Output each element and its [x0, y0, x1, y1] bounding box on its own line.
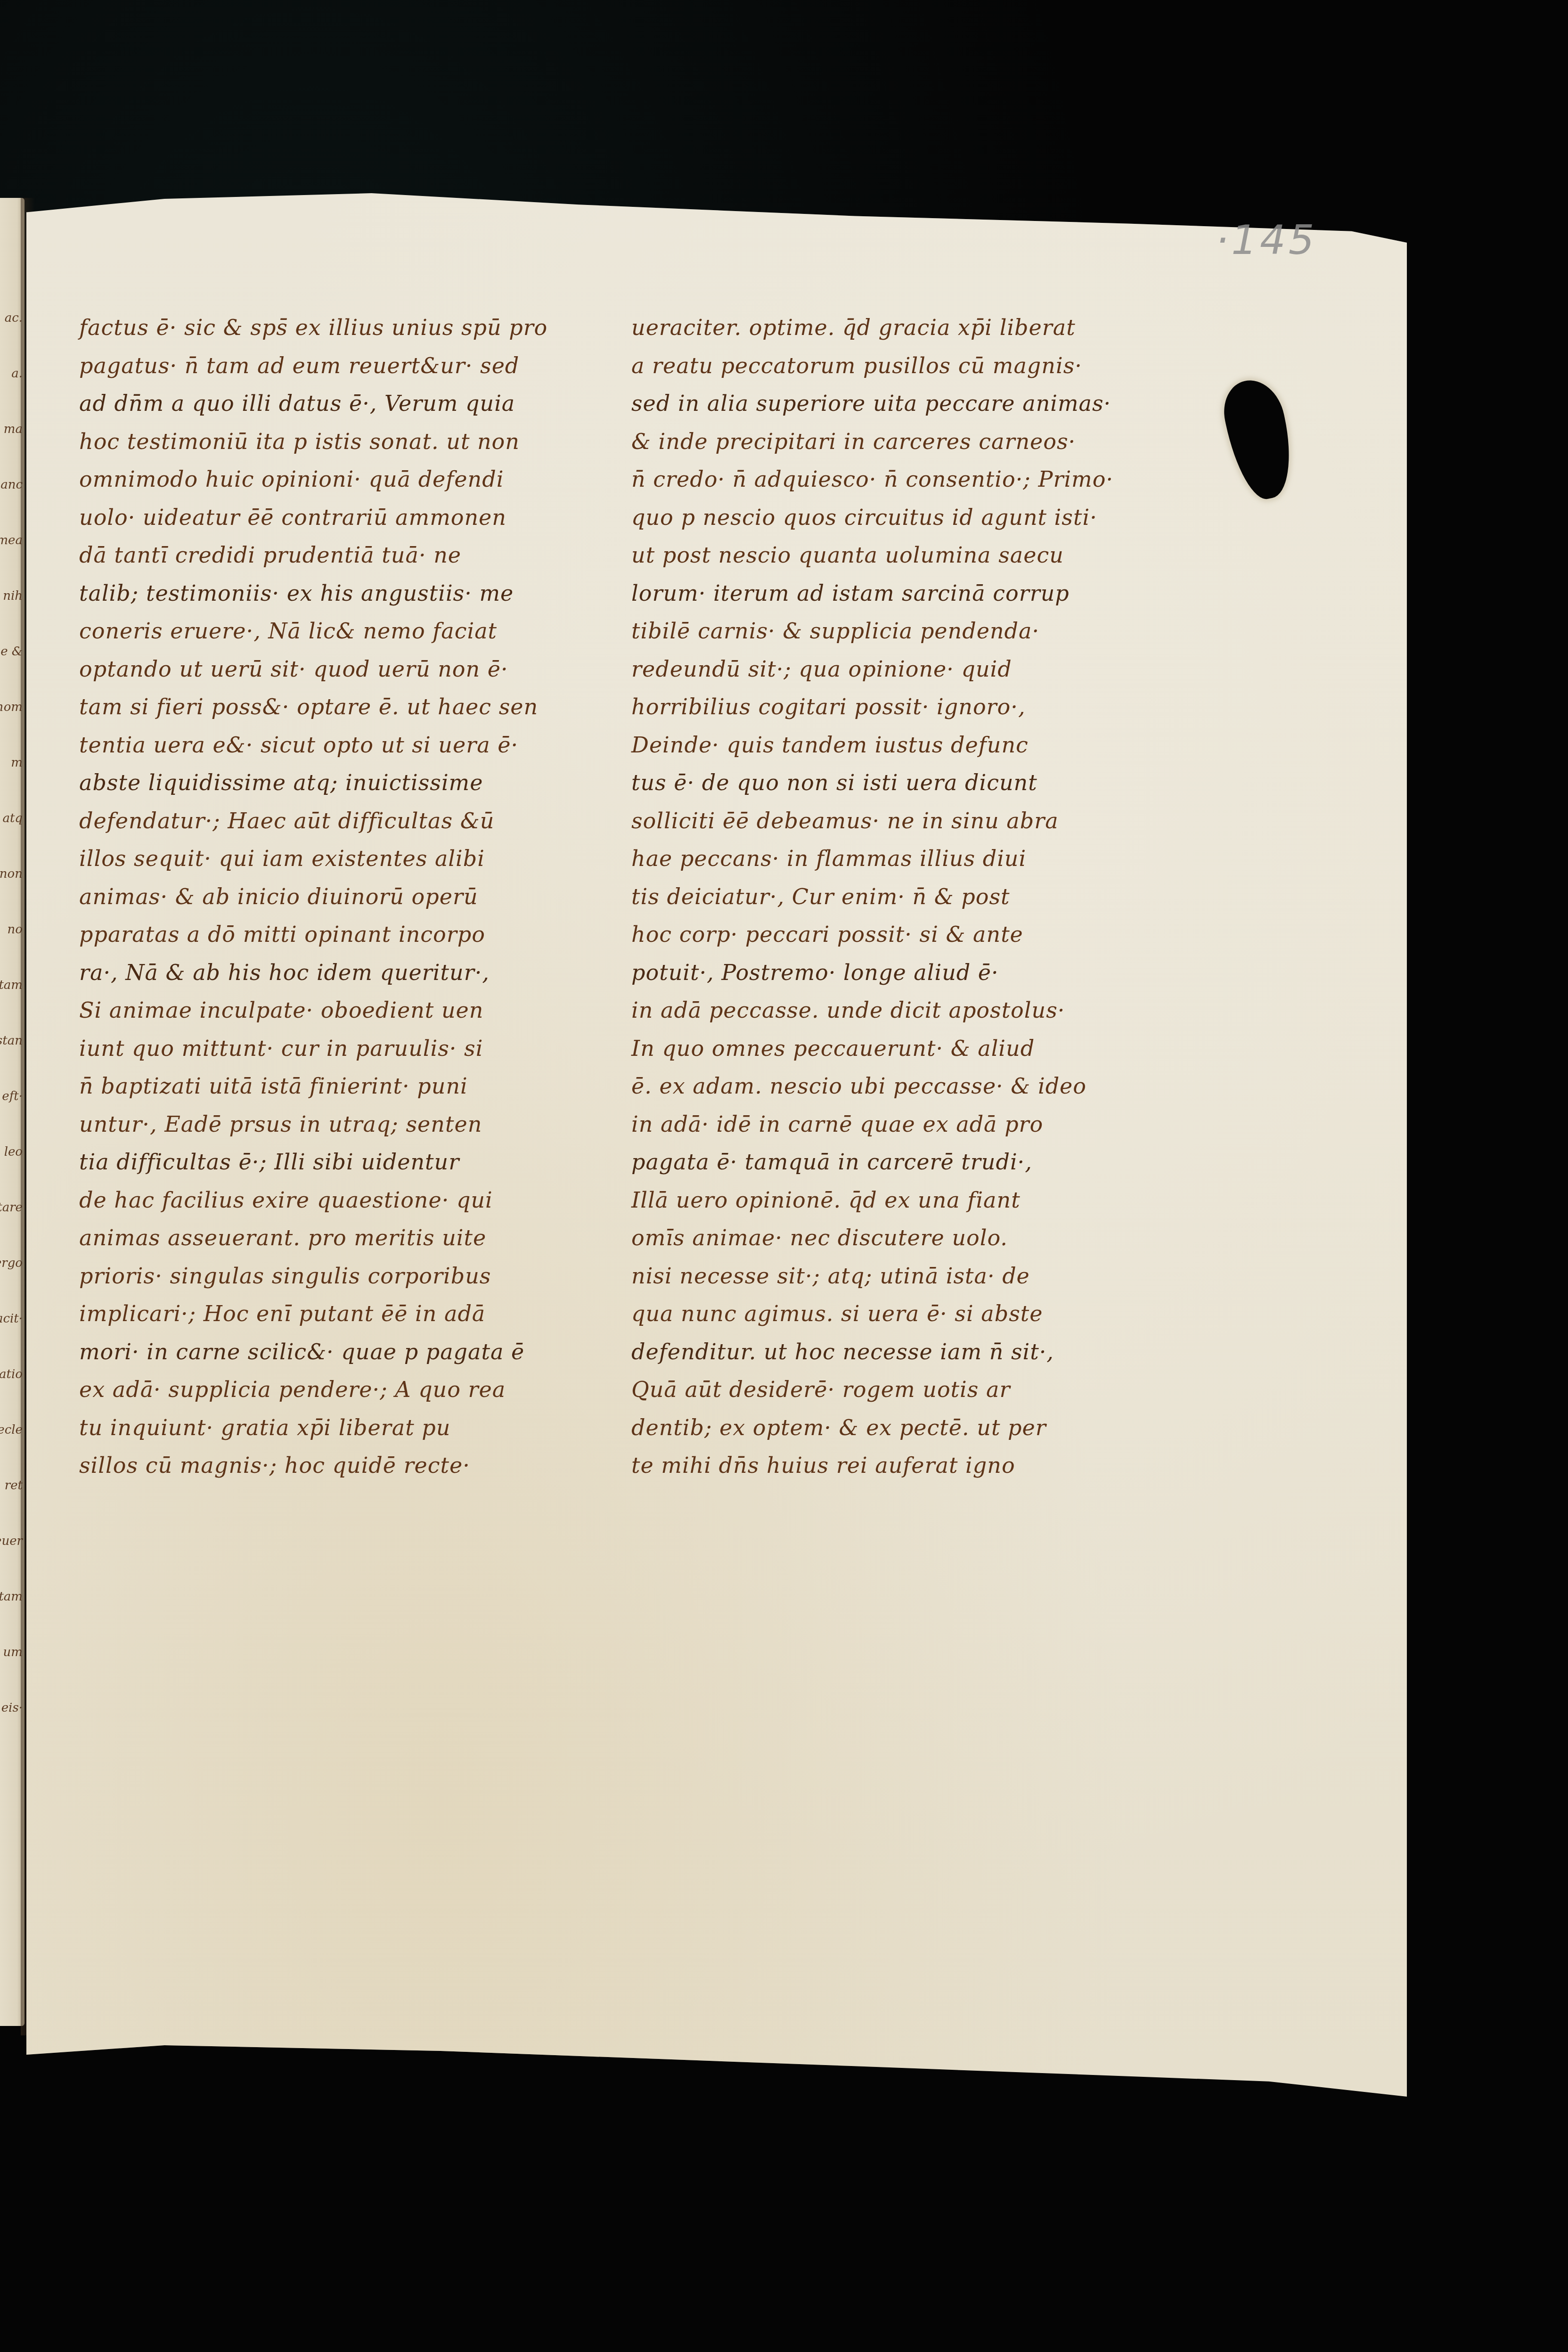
manuscript-line: defendatur·; Haec aūt difficultas &ū: [79, 802, 607, 840]
manuscript-line: tu inquiunt· gratia xp̄i liberat pu: [79, 1409, 607, 1447]
previous-page-text-fragment: ecle: [0, 1423, 23, 1437]
manuscript-line: iunt quo mittunt· cur in paruulis· si: [79, 1029, 607, 1068]
manuscript-line: untur·, Eadē prsus in utraq; senten: [79, 1105, 607, 1143]
manuscript-line: tia difficultas ē·; Illi sibi uidentur: [79, 1143, 607, 1181]
manuscript-line: pagatus· n̄ tam ad eum reuert&ur· sed: [79, 347, 607, 385]
manuscript-line: animas asseuerant. pro meritis uite: [79, 1219, 607, 1257]
manuscript-line: in adā· idē in carnē quae ex adā pro: [631, 1105, 1183, 1143]
folio-number: ·145: [1216, 217, 1317, 264]
previous-page-text-fragment: eft·: [2, 1089, 23, 1103]
previous-page-text-fragment: anc: [0, 478, 23, 492]
previous-page-text-fragment: atq: [2, 811, 23, 825]
manuscript-line: ad dn̄m a quo illi datus ē·, Verum quia: [79, 384, 607, 423]
previous-page-text-fragment: eis·: [1, 1701, 23, 1715]
previous-page-text-fragment: tare: [0, 1200, 23, 1215]
manuscript-line: tentia uera e&· sicut opto ut si uera ē·: [79, 726, 607, 764]
manuscript-line: ueraciter. optime. q̄d gracia xp̄i liber…: [631, 309, 1183, 347]
manuscript-line: a reatu peccatorum pusillos cū magnis·: [631, 347, 1183, 385]
manuscript-line: hae peccans· in flammas illius diui: [631, 840, 1183, 878]
manuscript-line: dentib; ex optem· & ex pectē. ut per: [631, 1409, 1183, 1447]
manuscript-line: talib; testimoniis· ex his angustiis· me: [79, 574, 607, 612]
manuscript-line: sillos cū magnis·; hoc quidē recte·: [79, 1446, 607, 1485]
previous-page-text-fragment: nih: [3, 589, 23, 603]
manuscript-line: n̄ baptizati uitā istā finierint· puni: [79, 1067, 607, 1105]
manuscript-line: ut post nescio quanta uolumina saecu: [631, 536, 1183, 574]
previous-page-text-fragment: ma: [4, 422, 23, 436]
manuscript-line: implicari·; Hoc enī putant ēē in adā: [79, 1295, 607, 1333]
manuscript-line: uolo· uideatur ēē contrariū ammonen: [79, 498, 607, 537]
previous-page-text-fragment: ratio: [0, 1367, 23, 1381]
manuscript-line: animas· & ab inicio diuinorū operū: [79, 878, 607, 916]
manuscript-line: solliciti ēē debeamus· ne in sinu abra: [631, 802, 1183, 840]
manuscript-line: optando ut uerū sit· quod uerū non ē·: [79, 650, 607, 688]
manuscript-line: Quā aūt desiderē· rogem uotis ar: [631, 1371, 1183, 1409]
manuscript-line: sed in alia superiore uita peccare anima…: [631, 384, 1183, 423]
manuscript-line: mori· in carne scilic&· quae p pagata ē: [79, 1333, 607, 1371]
manuscript-line: illos sequit· qui iam existentes alibi: [79, 840, 607, 878]
manuscript-line: omnimodo huic opinioni· quā defendi: [79, 460, 607, 498]
manuscript-line: ra·, Nā & ab his hoc idem queritur·,: [79, 954, 607, 992]
manuscript-line: abste liquidissime atq; inuictissime: [79, 764, 607, 802]
manuscript-line: te mihi dn̄s huius rei auferat igno: [631, 1446, 1183, 1485]
previous-page-text-fragment: um: [3, 1645, 23, 1659]
manuscript-line: factus ē· sic & sps̄ ex illius unius spū…: [79, 309, 607, 347]
manuscript-line: prioris· singulas singulis corporibus: [79, 1257, 607, 1295]
manuscript-line: ex adā· supplicia pendere·; A quo rea: [79, 1371, 607, 1409]
manuscript-line: horribilius cogitari possit· ignoro·,: [631, 688, 1183, 726]
previous-page-text-fragment: reuer: [0, 1534, 23, 1548]
manuscript-line: potuit·, Postremo· longe aliud ē·: [631, 954, 1183, 992]
manuscript-line: tibilē carnis· & supplicia pendenda·: [631, 612, 1183, 650]
text-column-right: ueraciter. optime. q̄d gracia xp̄i liber…: [631, 309, 1183, 1485]
manuscript-line: de hac facilius exire quaestione· qui: [79, 1181, 607, 1219]
manuscript-line: redeundū sit·; qua opinione· quid: [631, 650, 1183, 688]
manuscript-line: in adā peccasse. unde dicit apostolus·: [631, 991, 1183, 1029]
manuscript-line: dā tantī credidi prudentiā tuā· ne: [79, 536, 607, 574]
previous-page-text-fragment: stan: [0, 1034, 23, 1048]
manuscript-line: lorum· iterum ad istam sarcinā corrup: [631, 574, 1183, 612]
previous-page-text-fragment: tam: [0, 1590, 23, 1604]
manuscript-line: Illā uero opinionē. q̄d ex una fiant: [631, 1181, 1183, 1219]
manuscript-line: qua nunc agimus. si uera ē· si abste: [631, 1295, 1183, 1333]
manuscript-line: hoc testimoniū ita p istis sonat. ut non: [79, 423, 607, 461]
manuscript-line: quo p nescio quos circuitus id agunt ist…: [631, 498, 1183, 537]
manuscript-line: Deinde· quis tandem iustus defunc: [631, 726, 1183, 764]
manuscript-line: defenditur. ut hoc necesse iam n̄ sit·,: [631, 1333, 1183, 1371]
previous-page-text-fragment: ergo: [0, 1256, 23, 1270]
manuscript-line: omīs animae· nec discutere uolo.: [631, 1219, 1183, 1257]
previous-page-text-fragment: hom: [0, 700, 23, 714]
manuscript-line: hoc corp· peccari possit· si & ante: [631, 915, 1183, 954]
text-column-left: factus ē· sic & sps̄ ex illius unius spū…: [79, 309, 607, 1485]
previous-page-text-fragment: non: [0, 867, 23, 881]
previous-page-text-fragment: e &: [0, 645, 23, 659]
manuscript-line: tis deiciatur·, Cur enim· n̄ & post: [631, 878, 1183, 916]
previous-page-text-fragment: leo: [4, 1145, 23, 1159]
manuscript-line: pparatas a dō mitti opinant incorpo: [79, 915, 607, 954]
previous-page-text-fragment: ret: [5, 1478, 23, 1493]
manuscript-line: Si animae inculpate· oboedient uen: [79, 991, 607, 1029]
manuscript-line: & inde precipitari in carceres carneos·: [631, 423, 1183, 461]
manuscript-line: In quo omnes peccauerunt· & aliud: [631, 1029, 1183, 1068]
manuscript-line: coneris eruere·, Nā lic& nemo faciat: [79, 612, 607, 650]
previous-page-text-fragment: facit·: [0, 1312, 23, 1326]
manuscript-line: n̄ credo· n̄ adquiesco· n̄ consentio·; P…: [631, 460, 1183, 498]
manuscript-line: tus ē· de quo non si isti uera dicunt: [631, 764, 1183, 802]
previous-page-text-fragment: mea: [0, 533, 23, 547]
previous-page-text-fragment: tam: [0, 978, 23, 992]
manuscript-line: tam si fieri poss&· optare ē. ut haec se…: [79, 688, 607, 726]
previous-page-text-fragment: ac.: [5, 311, 23, 325]
manuscript-line: pagata ē· tamquā in carcerē trudi·,: [631, 1143, 1183, 1181]
manuscript-line: nisi necesse sit·; atq; utinā ista· de: [631, 1257, 1183, 1295]
manuscript-line: ē. ex adam. nescio ubi peccasse· & ideo: [631, 1067, 1183, 1105]
